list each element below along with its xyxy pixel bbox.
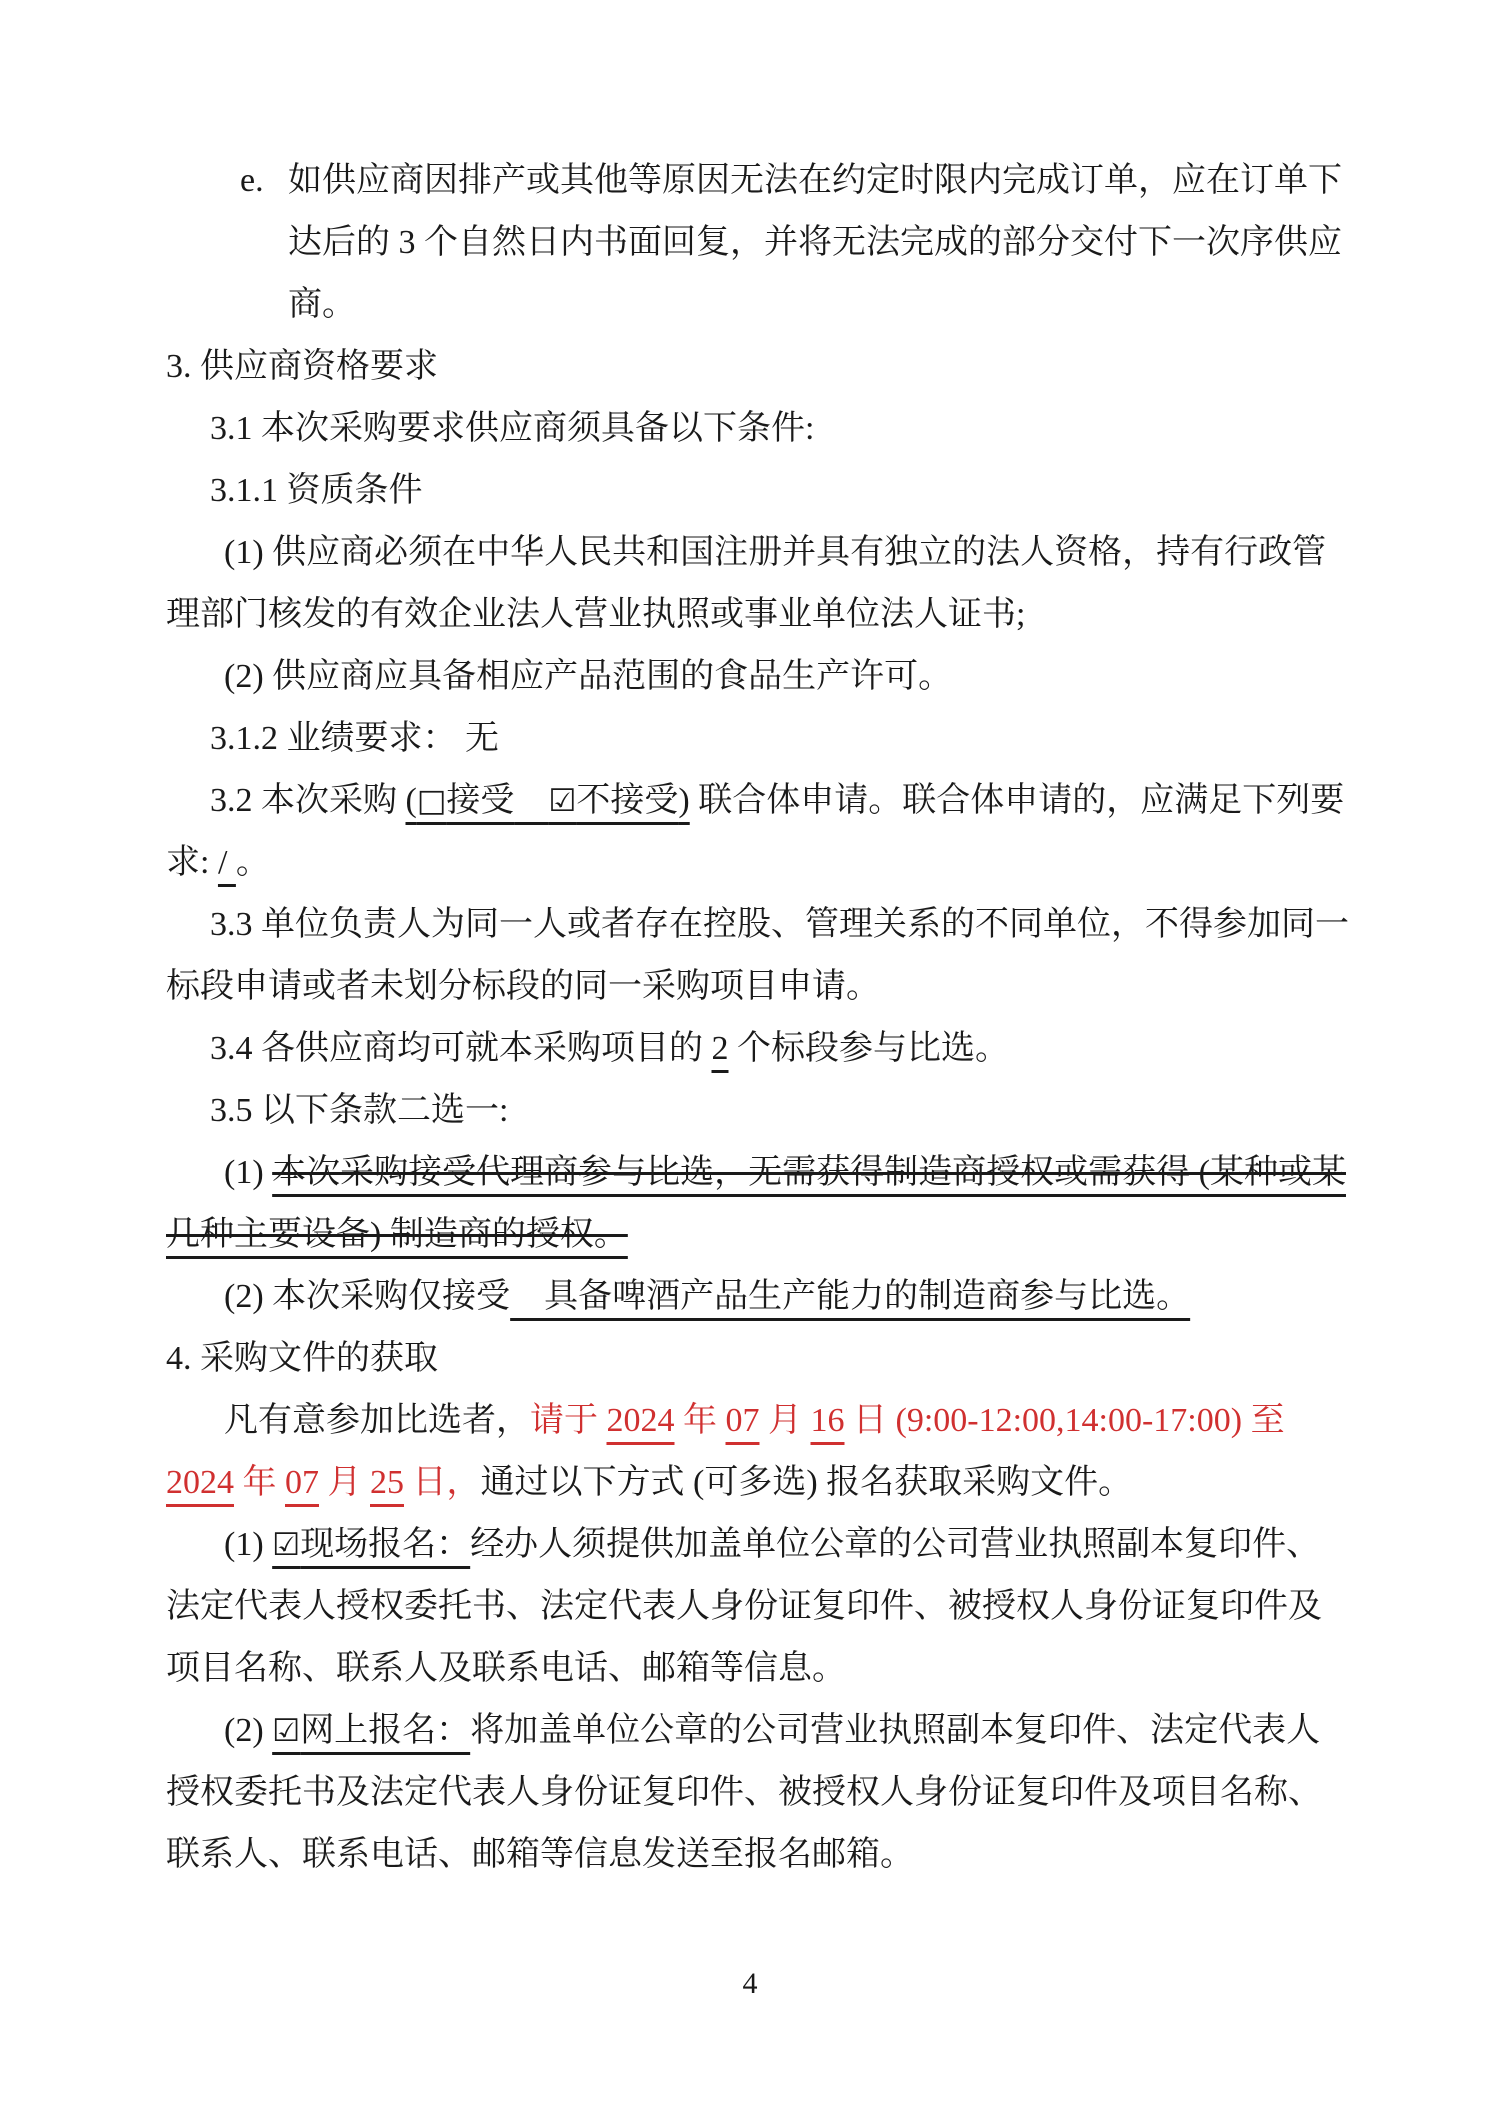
clause-3-2-lead: 3.2 本次采购: [210, 782, 406, 819]
clause-3-2: 3.2 本次采购 (□接受 ☑不接受) 联合体申请。联合体申请的，应满足下列要求…: [166, 770, 1350, 894]
start-year: 2024: [607, 1402, 675, 1439]
clause-3-4: 3.4 各供应商均可就本采购项目的 2 个标段参与比选。: [166, 1018, 1350, 1080]
item-text: 供应商必须在中华人民共和国注册并具有独立的法人资格，持有行政管理部门核发的有效企…: [166, 534, 1326, 633]
item-number: (1): [224, 1154, 272, 1191]
clause-e-label: e.: [240, 150, 264, 212]
document-page: e. 如供应商因排产或其他等原因无法在约定时限内完成订单，应在订单下达后的 3 …: [0, 0, 1500, 2120]
time-window: 日 (9:00-12:00,14:00-17:00) 至: [845, 1402, 1285, 1439]
clause-3-4-lead: 3.4 各供应商均可就本采购项目的: [210, 1030, 712, 1067]
start-day: 16: [811, 1402, 845, 1439]
checkbox-checked-icon: ☑: [272, 1713, 300, 1749]
joint-venture-option-group: (□接受 ☑不接受): [406, 782, 690, 819]
item-number: (2): [224, 658, 272, 695]
option-gap: [514, 782, 548, 819]
paren-open: (: [406, 782, 417, 819]
sep: 月: [319, 1464, 370, 1501]
intro-tail: 通过以下方式 (可多选) 报名获取采购文件。: [481, 1464, 1133, 1501]
checkbox-unchecked-icon: □: [417, 783, 447, 819]
sep: 日，: [404, 1464, 481, 1501]
clause-4-intro: 凡有意参加比选者，请于 2024 年 07 月 16 日 (9:00-12:00…: [166, 1390, 1350, 1514]
document-content: e. 如供应商因排产或其他等原因无法在约定时限内完成订单，应在订单下达后的 3 …: [166, 150, 1350, 1886]
clause-4-item-1: (1) ☑现场报名：经办人须提供加盖单位公章的公司营业执照副本复印件、法定代表人…: [166, 1514, 1350, 1700]
start-month: 07: [726, 1402, 760, 1439]
clause-3-5-item-1: (1) 本次采购接受代理商参与比选，无需获得制造商授权或需获得 (某种或某几种主…: [166, 1142, 1350, 1266]
checkbox-checked-icon: ☑: [272, 1527, 300, 1563]
section-4-heading: 4. 采购文件的获取: [166, 1328, 1350, 1390]
onsite-registration-option: ☑现场报名：: [272, 1526, 470, 1563]
item-number: (1): [224, 1526, 272, 1563]
clause-3-1-1-item-1: (1) 供应商必须在中华人民共和国注册并具有独立的法人资格，持有行政管理部门核发…: [166, 522, 1350, 646]
end-day: 25: [370, 1464, 404, 1501]
struck-option-text: 本次采购接受代理商参与比选，无需获得制造商授权或需获得 (某种或某几种主要设备)…: [166, 1154, 1346, 1253]
clause-3-1-1-item-2: (2) 供应商应具备相应产品范围的食品生产许可。: [166, 646, 1350, 708]
clause-4-item-2: (2) ☑网上报名：将加盖单位公章的公司营业执照副本复印件、法定代表人授权委托书…: [166, 1700, 1350, 1886]
clause-3-1: 3.1 本次采购要求供应商须具备以下条件:: [166, 398, 1350, 460]
sep: 月: [760, 1402, 811, 1439]
intro-lead: 凡有意参加比选者，: [224, 1402, 530, 1439]
online-registration-label: 网上报名：: [300, 1712, 470, 1749]
item-number: (2): [224, 1712, 272, 1749]
item-number: (1): [224, 534, 272, 571]
clause-3-4-tail: 个标段参与比选。: [729, 1030, 1010, 1067]
lot-count-value: 2: [712, 1030, 729, 1067]
end-year: 2024: [166, 1464, 234, 1501]
item-lead: 本次采购仅接受: [272, 1278, 510, 1315]
sep: 年: [234, 1464, 285, 1501]
option-reject-label: 不接受: [576, 782, 678, 819]
clause-3-2-end: 。: [236, 844, 270, 881]
sep: 年: [675, 1402, 726, 1439]
paren-close: ): [678, 782, 689, 819]
option-accept-label: 接受: [446, 782, 514, 819]
clause-e: e. 如供应商因排产或其他等原因无法在约定时限内完成订单，应在订单下达后的 3 …: [288, 150, 1350, 336]
clause-3-5-item-2: (2) 本次采购仅接受 具备啤酒产品生产能力的制造商参与比选。: [166, 1266, 1350, 1328]
clause-e-text: 如供应商因排产或其他等原因无法在约定时限内完成订单，应在订单下达后的 3 个自然…: [288, 162, 1342, 323]
red-prefix: 请于: [530, 1402, 607, 1439]
end-month: 07: [285, 1464, 319, 1501]
clause-3-3: 3.3 单位负责人为同一人或者存在控股、管理关系的不同单位，不得参加同一标段申请…: [166, 894, 1350, 1018]
clause-3-1-2: 3.1.2 业绩要求： 无: [166, 708, 1350, 770]
requirements-blank-slash: /: [218, 844, 236, 881]
online-registration-option: ☑网上报名：: [272, 1712, 470, 1749]
item-number: (2): [224, 1278, 272, 1315]
checkbox-checked-icon: ☑: [548, 783, 576, 819]
section-3-heading: 3. 供应商资格要求: [166, 336, 1350, 398]
onsite-registration-label: 现场报名：: [300, 1526, 470, 1563]
clause-3-5: 3.5 以下条款二选一:: [166, 1080, 1350, 1142]
page-number: 4: [0, 1966, 1500, 2002]
clause-3-1-1: 3.1.1 资质条件: [166, 460, 1350, 522]
selected-option-text: 具备啤酒产品生产能力的制造商参与比选。: [510, 1278, 1190, 1315]
item-text: 供应商应具备相应产品范围的食品生产许可。: [272, 658, 952, 695]
